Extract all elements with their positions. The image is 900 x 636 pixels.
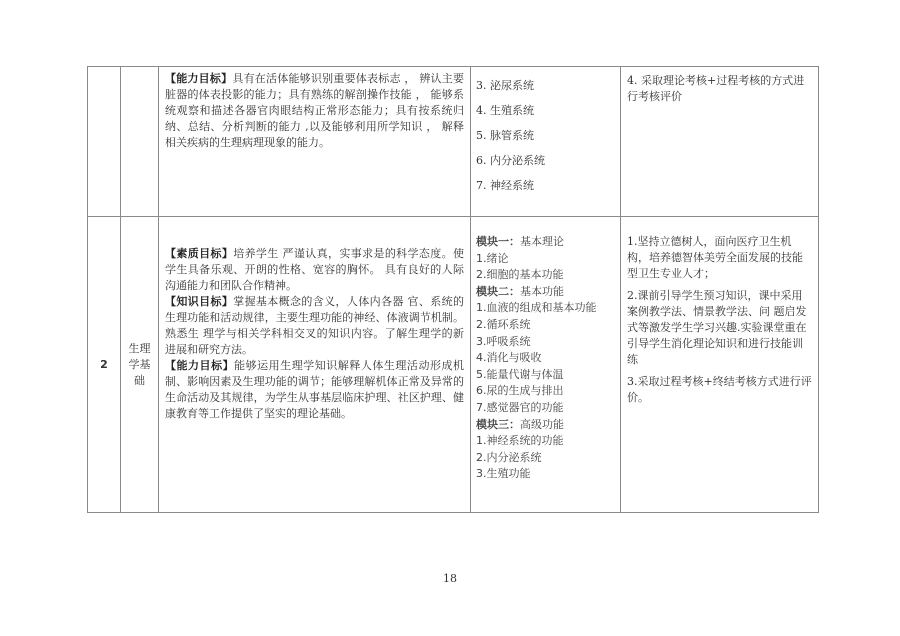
content-cell: 3. 泌尿系统 4. 生殖系统 5. 脉管系统 6. 内分泌系统 7. 神经系统 xyxy=(471,67,621,217)
module-heading: 模块二：基本功能 xyxy=(476,284,615,301)
ability-goal: 【能力目标】具有在活体能够识别重要体表标志 ， 辨认主要脏器的体表投影的能力；具… xyxy=(165,71,464,151)
goal-tag: 【能力目标】 xyxy=(165,359,234,372)
table-row: 【能力目标】具有在活体能够识别重要体表标志 ， 辨认主要脏器的体表投影的能力；具… xyxy=(88,67,819,217)
content-item: 2.细胞的基本功能 xyxy=(476,267,615,284)
course-name-cell xyxy=(121,67,159,217)
content-item: 6. 内分泌系统 xyxy=(476,148,615,173)
goal-tag: 【能力目标】 xyxy=(165,72,232,85)
ability-goal: 【能力目标】能够运用生理学知识解释人体生理活动形成机制、影响因素及生理功能的调节… xyxy=(165,358,464,422)
course-name-cell: 生理学基础 xyxy=(121,217,159,513)
content-item: 7. 神经系统 xyxy=(476,173,615,198)
content-item: 2.循环系统 xyxy=(476,317,615,334)
requirement-item: 3.采取过程考核+终结考核方式进行评价。 xyxy=(627,374,812,406)
content-item: 5.能量代谢与体温 xyxy=(476,367,615,384)
content-item: 4.消化与吸收 xyxy=(476,350,615,367)
requirement-item: 2.课前引导学生预习知识，课中采用案例教学法、情景教学法、问 题启发式等激发学生… xyxy=(627,288,812,368)
knowledge-goal: 【知识目标】掌握基本概念的含义，人体内各器 官、系统的生理功能和活动规律，主要生… xyxy=(165,294,464,358)
goal-tag: 【素质目标】 xyxy=(165,247,233,260)
content-item: 7.感觉器官的功能 xyxy=(476,400,615,417)
course-table: 【能力目标】具有在活体能够识别重要体表标志 ， 辨认主要脏器的体表投影的能力；具… xyxy=(87,66,819,513)
requirement-item: 1.坚持立德树人，面向医疗卫生机构，培养德智体美劳全面发展的技能型卫生专业人才； xyxy=(627,234,812,282)
content-cell: 模块一：基本理论 1.绪论 2.细胞的基本功能 模块二：基本功能 1.血液的组成… xyxy=(471,217,621,513)
quality-goal: 【素质目标】培养学生 严谨认真，实事求是的科学态度。使学生具备乐观、开朗的性格、… xyxy=(165,246,464,294)
row-number-cell: 2 xyxy=(88,217,121,513)
requirement-item: 4. 采取理论考核+过程考核的方式进行考核评价 xyxy=(627,73,812,105)
document-page: 【能力目标】具有在活体能够识别重要体表标志 ， 辨认主要脏器的体表投影的能力；具… xyxy=(0,0,900,636)
goals-cell: 【能力目标】具有在活体能够识别重要体表标志 ， 辨认主要脏器的体表投影的能力；具… xyxy=(159,67,471,217)
content-item: 1.绪论 xyxy=(476,251,615,268)
content-item: 3. 泌尿系统 xyxy=(476,73,615,98)
goal-tag: 【知识目标】 xyxy=(165,295,233,308)
content-item: 1.神经系统的功能 xyxy=(476,433,615,450)
page-number: 18 xyxy=(440,572,460,585)
content-item: 5. 脉管系统 xyxy=(476,123,615,148)
module-heading: 模块三：高级功能 xyxy=(476,417,615,434)
goals-cell: 【素质目标】培养学生 严谨认真，实事求是的科学态度。使学生具备乐观、开朗的性格、… xyxy=(159,217,471,513)
table-row: 2 生理学基础 【素质目标】培养学生 严谨认真，实事求是的科学态度。使学生具备乐… xyxy=(88,217,819,513)
content-item: 3.呼吸系统 xyxy=(476,334,615,351)
content-item: 6.尿的生成与排出 xyxy=(476,383,615,400)
module-heading: 模块一：基本理论 xyxy=(476,234,615,251)
content-item: 3.生殖功能 xyxy=(476,466,615,483)
requirements-cell: 4. 采取理论考核+过程考核的方式进行考核评价 xyxy=(621,67,819,217)
requirements-cell: 1.坚持立德树人，面向医疗卫生机构，培养德智体美劳全面发展的技能型卫生专业人才；… xyxy=(621,217,819,513)
row-number-cell xyxy=(88,67,121,217)
content-item: 2.内分泌系统 xyxy=(476,450,615,467)
content-item: 1.血液的组成和基本功能 xyxy=(476,300,615,317)
content-item: 4. 生殖系统 xyxy=(476,98,615,123)
